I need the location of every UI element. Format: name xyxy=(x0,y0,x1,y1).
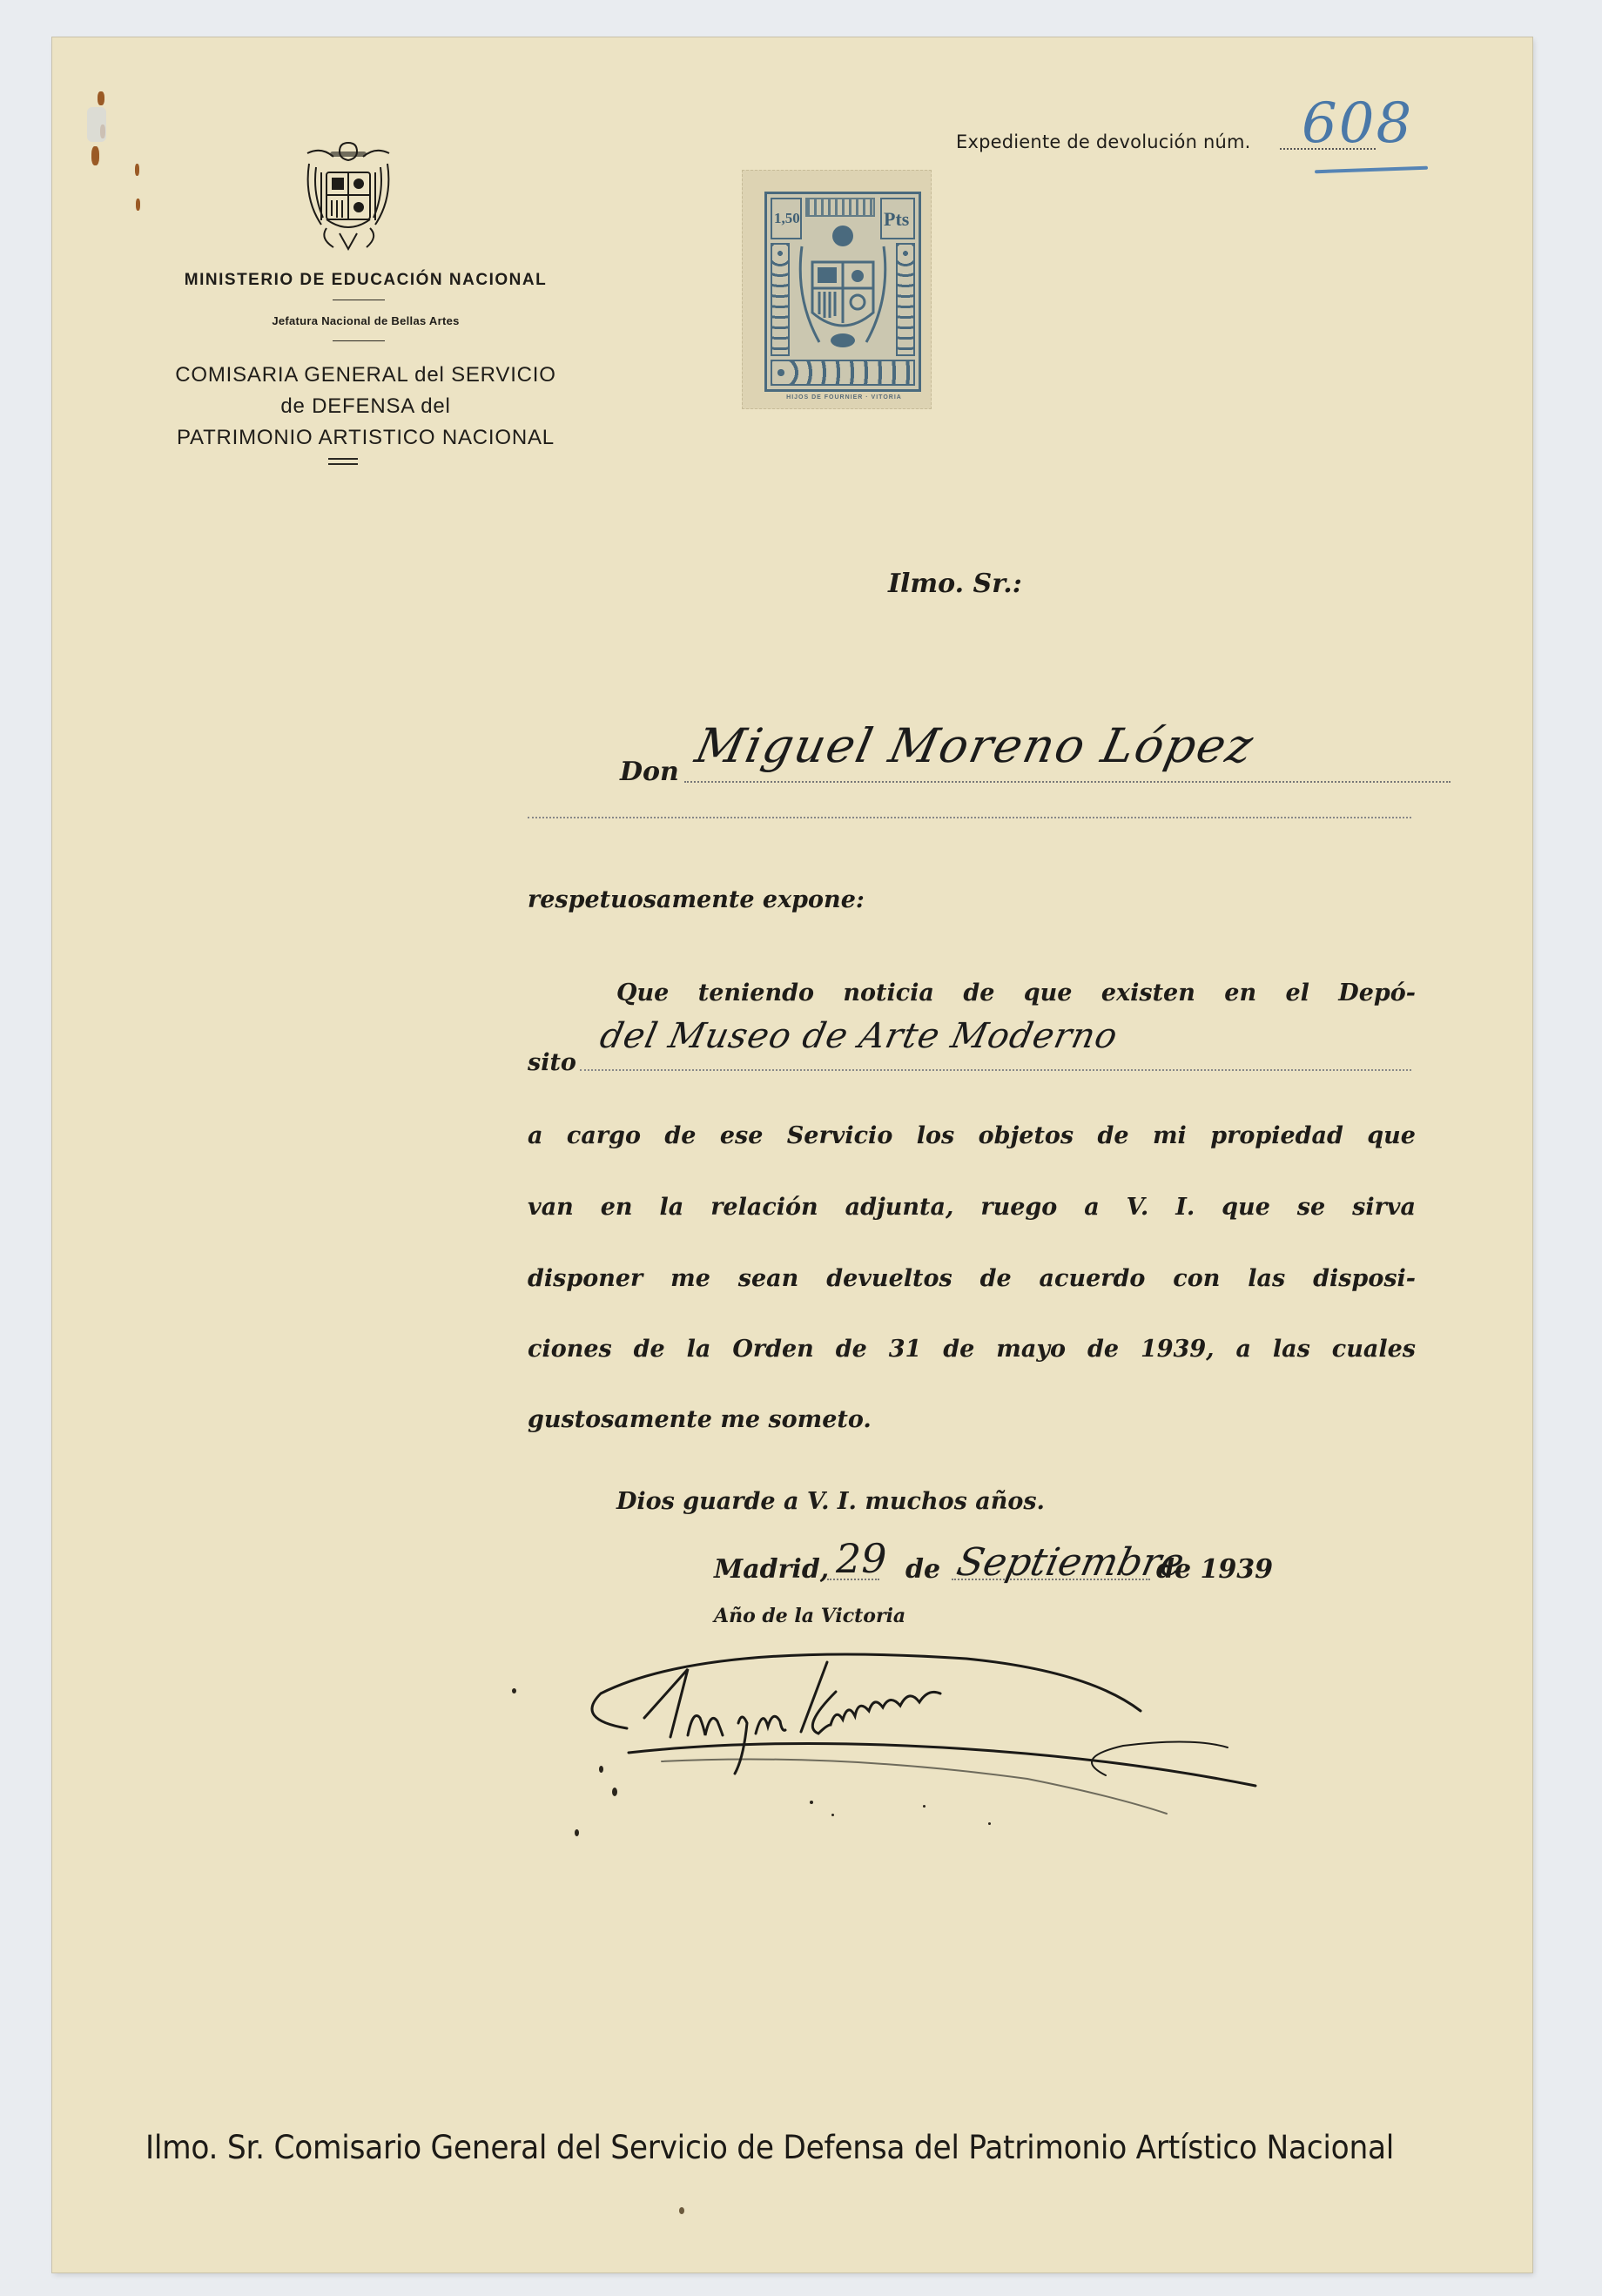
double-rule-bottom xyxy=(328,463,358,465)
stamp-printer: HIJOS DE FOURNIER · VITORIA xyxy=(759,394,929,401)
rust-stain xyxy=(98,91,104,105)
ink-speck xyxy=(599,1766,603,1773)
ink-speck xyxy=(512,1688,516,1693)
closing-motto: Año de la Victoria xyxy=(714,1605,905,1627)
revenue-stamp: 1,50 Pts xyxy=(764,192,921,392)
coat-of-arms-icon xyxy=(300,138,396,255)
don-label: Don xyxy=(620,757,679,787)
name-second-dotted-line xyxy=(528,817,1411,818)
expediente-underline xyxy=(1315,166,1428,174)
stamp-shield-icon xyxy=(793,220,892,356)
name-dotted-line xyxy=(684,781,1451,783)
closing-de: de xyxy=(905,1554,940,1585)
document-page: MINISTERIO DE EDUCACIÓN NACIONAL Jefatur… xyxy=(52,37,1532,2272)
body-line-2-prefix: sito xyxy=(528,1049,576,1076)
stamp-ornament-bottom xyxy=(771,360,915,386)
month-handwritten[interactable]: Septiembre xyxy=(953,1540,1188,1585)
ink-speck xyxy=(923,1805,926,1808)
letterhead-ministry: MINISTERIO DE EDUCACIÓN NACIONAL xyxy=(165,271,566,290)
body-line-6: ciones de la Orden de 31 de mayo de 1939… xyxy=(528,1336,1416,1363)
letterhead-comisaria-line2: de DEFENSA del xyxy=(165,391,566,422)
stamp-ornament-left xyxy=(771,243,790,356)
letterhead-comisaria: COMISARIA GENERAL del SERVICIO de DEFENS… xyxy=(165,360,566,454)
closing-year: de 1939 xyxy=(1156,1554,1273,1585)
rust-stain xyxy=(135,164,139,176)
signature-flourish-icon xyxy=(540,1640,1323,1840)
body-intro: respetuosamente expone: xyxy=(528,886,865,913)
letterhead-comisaria-line3: PATRIMONIO ARTISTICO NACIONAL xyxy=(165,422,566,454)
rust-stain xyxy=(91,146,99,165)
ink-speck xyxy=(988,1822,991,1825)
applicant-name-handwritten[interactable]: Miguel Moreno López xyxy=(690,718,1259,773)
salutation: Ilmo. Sr.: xyxy=(888,569,1022,599)
closing-blessing: Dios guarde a V. I. muchos años. xyxy=(616,1488,1045,1515)
ink-speck xyxy=(575,1829,579,1836)
tear-mark xyxy=(87,107,106,142)
ink-speck xyxy=(810,1801,813,1804)
stamp-ornament-top xyxy=(805,198,875,217)
closing-place: Madrid, xyxy=(714,1554,829,1585)
divider xyxy=(333,300,385,300)
body-line-1: Que teniendo noticia de que existen en e… xyxy=(616,980,1416,1007)
signature[interactable] xyxy=(540,1640,1323,1840)
body-line-4: van en la relación adjunta, ruego a V. I… xyxy=(528,1194,1416,1221)
footer-addressee: Ilmo. Sr. Comisario General del Servicio… xyxy=(145,2129,1394,2166)
deposit-handwritten[interactable]: del Museo de Arte Moderno xyxy=(596,1016,1121,1056)
deposit-dotted-line xyxy=(580,1069,1411,1071)
ink-speck xyxy=(612,1788,617,1796)
day-handwritten[interactable]: 29 xyxy=(836,1535,887,1582)
letterhead-jefatura: Jefatura Nacional de Bellas Artes xyxy=(165,314,566,327)
ink-speck xyxy=(831,1814,834,1816)
double-rule-top xyxy=(328,458,358,460)
expediente-label: Expediente de devolución núm. xyxy=(956,131,1251,152)
body-line-7: gustosamente me someto. xyxy=(528,1406,872,1433)
paper-speck xyxy=(679,2207,684,2214)
rust-stain xyxy=(136,199,140,211)
letterhead-comisaria-line1: COMISARIA GENERAL del SERVICIO xyxy=(165,360,566,391)
divider xyxy=(333,340,385,341)
stamp-ornament-right xyxy=(896,243,915,356)
expediente-number[interactable]: 608 xyxy=(1302,91,1413,156)
body-line-5: disponer me sean devueltos de acuerdo co… xyxy=(528,1265,1416,1292)
body-line-3: a cargo de ese Servicio los objetos de m… xyxy=(528,1122,1416,1149)
